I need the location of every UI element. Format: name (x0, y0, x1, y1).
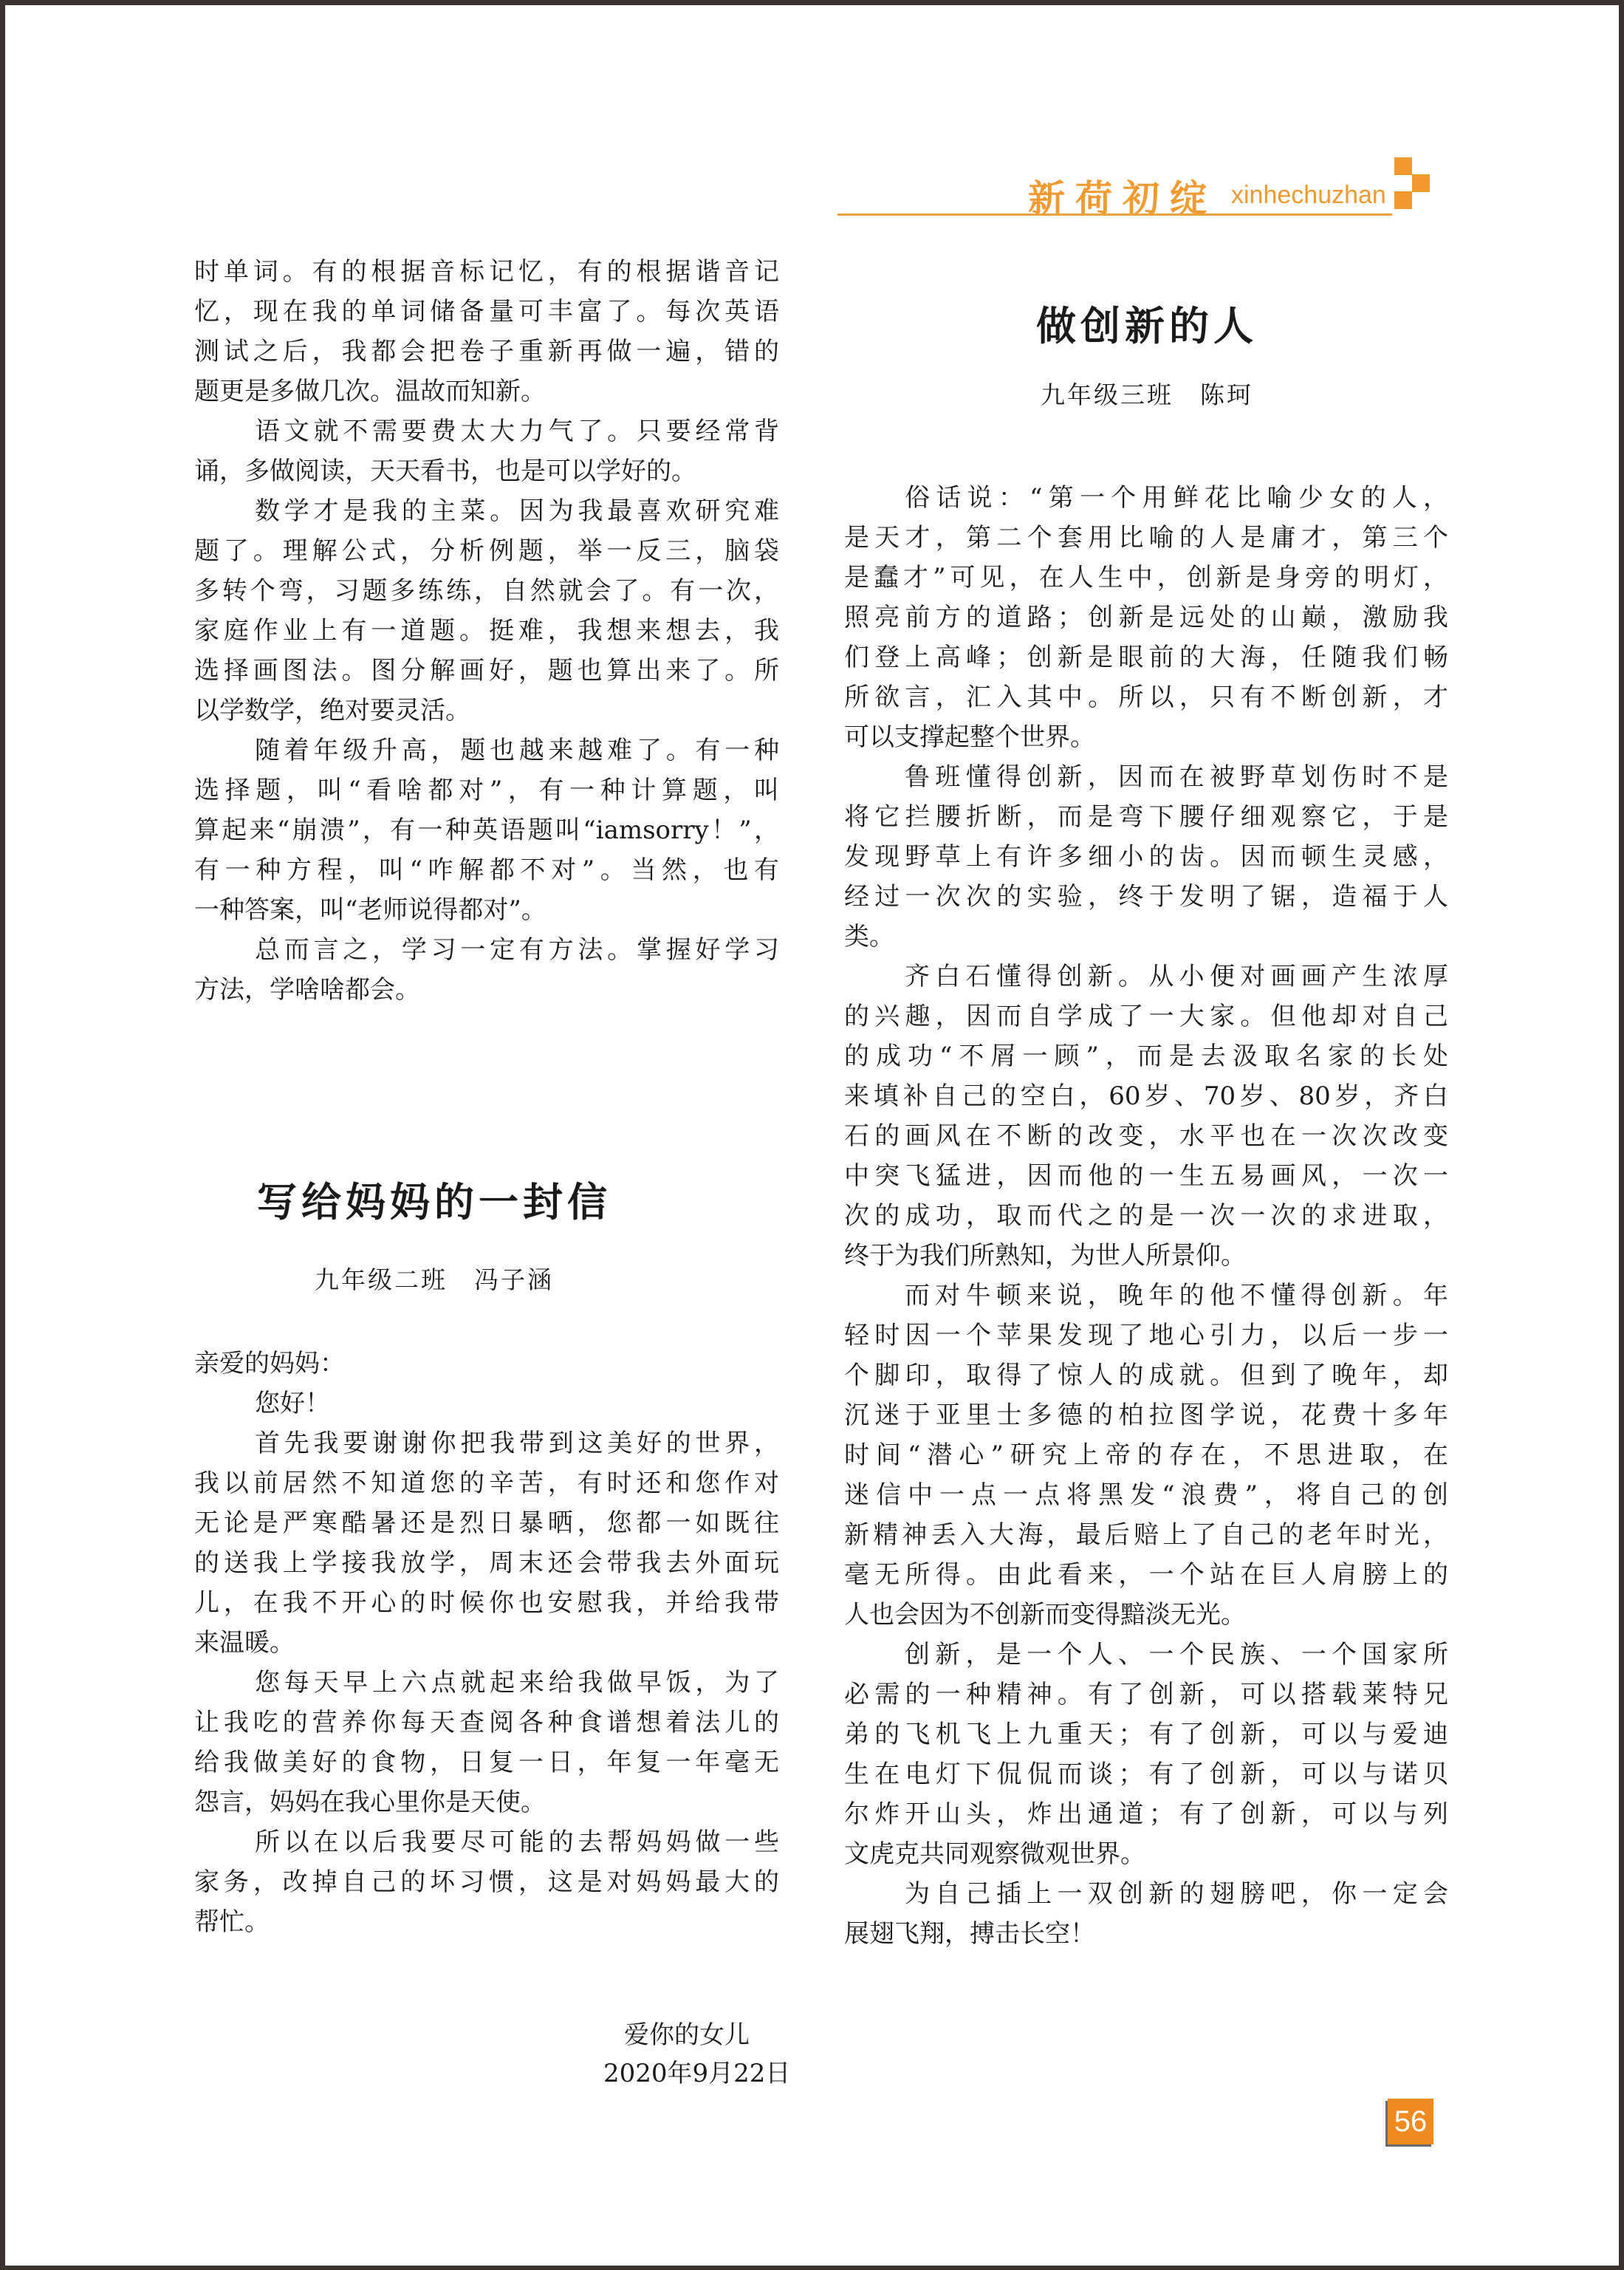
continued-article-line: 测试之后，我都会把卷子重新再做一遍，错的 (194, 332, 779, 372)
essay-line: 们登上高峰；创新是眼前的大海，任随我们畅 (844, 637, 1448, 677)
essay-line: 鲁班懂得创新，因而在被野草划伤时不是 (844, 757, 1448, 797)
letter-title: 写给妈妈的一封信 (194, 1171, 674, 1228)
continued-article-line: 总而言之，学习一定有方法。掌握好学习 (194, 930, 779, 970)
letter-line: 怨言，妈妈在我心里你是天使。 (194, 1782, 779, 1822)
essay-line: 的成功“不屑一顾”，而是去汲取名家的长处 (844, 1036, 1448, 1076)
continued-article-line: 语文就不需要费太大力气了。只要经常背 (194, 411, 779, 451)
essay-line: 所欲言，汇入其中。所以，只有不断创新，才 (844, 677, 1448, 717)
essay-line: 类。 (844, 917, 1448, 957)
essay-line: 沉迷于亚里士多德的柏拉图学说，花费十多年 (844, 1395, 1448, 1435)
letter-line: 首先我要谢谢你把我带到这美好的世界， (194, 1423, 779, 1463)
essay-title: 做创新的人 (844, 295, 1450, 352)
letter-line: 帮忙。 (194, 1902, 779, 1942)
continued-article-line: 选择画图法。图分解画好，题也算出来了。所 (194, 651, 779, 691)
essay-line: 可以支撑起整个世界。 (844, 717, 1448, 757)
essay-line: 新精神丢入大海，最后赔上了自己的老年时光， (844, 1515, 1448, 1555)
continued-article-line: 题了。理解公式，分析例题，举一反三，脑袋 (194, 531, 779, 571)
letter-line: 让我吃的营养你每天查阅各种食谱想着法儿的 (194, 1703, 779, 1743)
essay-line: 展翅飞翔，搏击长空！ (844, 1914, 1448, 1954)
letter-line: 您每天早上六点就起来给我做早饭，为了 (194, 1663, 779, 1703)
essay-line: 俗话说：“第一个用鲜花比喻少女的人， (844, 478, 1448, 518)
continued-article-line: 时单词。有的根据音标记忆，有的根据谐音记 (194, 252, 779, 292)
continued-article-line: 题更是多做几次。温故而知新。 (194, 372, 779, 411)
essay-line: 齐白石懂得创新。从小便对画画产生浓厚 (844, 957, 1448, 996)
essay-body: 俗话说：“第一个用鲜花比喻少女的人，是天才，第二个套用比喻的人是庸才，第三个是蠢… (844, 478, 1448, 1954)
letter-line: 的送我上学接我放学，周末还会带我去外面玩 (194, 1543, 779, 1583)
essay-line: 为自己插上一双创新的翅膀吧，你一定会 (844, 1874, 1448, 1914)
page-number-badge: 56 (1388, 2099, 1433, 2144)
essay-line: 人也会因为不创新而变得黯淡无光。 (844, 1595, 1448, 1635)
letter-signature: 爱你的女儿 (624, 2014, 750, 2051)
continued-article-line: 忆，现在我的单词储备量可丰富了。每次英语 (194, 292, 779, 332)
essay-line: 将它拦腰折断，而是弯下腰仔细观察它，于是 (844, 797, 1448, 837)
section-pinyin: xinhechuzhan (1231, 181, 1386, 210)
essay-line: 是蠢才”可见，在人生中，创新是身旁的明灯， (844, 558, 1448, 598)
essay-line: 迷信中一点一点将黑发“浪费”，将自己的创 (844, 1475, 1448, 1515)
continued-article-line: 选择题，叫“看啥都对”，有一种计算题，叫 (194, 770, 779, 810)
letter-line: 儿，在我不开心的时候你也安慰我，并给我带 (194, 1583, 779, 1623)
magazine-page: 新荷初绽 xinhechuzhan 时单词。有的根据音标记忆，有的根据谐音记忆，… (5, 5, 1619, 2266)
continued-article-line: 一种答案，叫“老师说得都对”。 (194, 890, 779, 930)
essay-line: 弟的飞机飞上九重天；有了创新，可以与爱迪 (844, 1715, 1448, 1754)
continued-article-line: 随着年级升高，题也越来越难了。有一种 (194, 731, 779, 770)
essay-line: 创新，是一个人、一个民族、一个国家所 (844, 1635, 1448, 1675)
letter-line: 来温暖。 (194, 1623, 779, 1663)
essay-line: 来填补自己的空白，60岁、70岁、80岁，齐白 (844, 1076, 1448, 1116)
essay-line: 毫无所得。由此看来，一个站在巨人肩膀上的 (844, 1555, 1448, 1595)
letter-line: 给我做美好的食物，日复一日，年复一年毫无 (194, 1743, 779, 1782)
essay-line: 生在电灯下侃侃而谈；有了创新，可以与诺贝 (844, 1754, 1448, 1794)
essay-line: 文虎克共同观察微观世界。 (844, 1834, 1448, 1874)
essay-line: 尔炸开山头，炸出通道；有了创新，可以与列 (844, 1794, 1448, 1834)
continued-article-line: 家庭作业上有一道题。挺难，我想来想去，我 (194, 611, 779, 651)
continued-article-line: 算起来“崩溃”，有一种英语题叫“iamsorry！”， (194, 810, 779, 850)
continued-article-line: 诵，多做阅读，天天看书，也是可以学好的。 (194, 451, 779, 491)
continued-article: 时单词。有的根据音标记忆，有的根据谐音记忆，现在我的单词储备量可丰富了。每次英语… (194, 252, 779, 1010)
letter-line: 我以前居然不知道您的辛苦，有时还和您作对 (194, 1463, 779, 1503)
letter-body: 亲爱的妈妈：您好！首先我要谢谢你把我带到这美好的世界，我以前居然不知道您的辛苦，… (194, 1344, 779, 1942)
letter-line: 家务，改掉自己的坏习惯，这是对妈妈最大的 (194, 1862, 779, 1902)
essay-line: 经过一次次的实验，终于发明了锯，造福于人 (844, 877, 1448, 917)
essay-byline: 九年级三班 陈珂 (844, 376, 1450, 411)
essay-line: 个脚印，取得了惊人的成就。但到了晚年，却 (844, 1355, 1448, 1395)
letter-line: 亲爱的妈妈： (194, 1344, 779, 1384)
essay-line: 中突飞猛进，因而他的一生五易画风，一次一 (844, 1156, 1448, 1196)
essay-line: 石的画风在不断的改变，水平也在一次次改变 (844, 1116, 1448, 1156)
letter-line: 所以在以后我要尽可能的去帮妈妈做一些 (194, 1822, 779, 1862)
letter-date: 2020年9月22日 (603, 2053, 790, 2089)
essay-line: 发现野草上有许多细小的齿。因而顿生灵感， (844, 837, 1448, 877)
essay-line: 是天才，第二个套用比喻的人是庸才，第三个 (844, 518, 1448, 558)
essay-line: 必需的一种精神。有了创新，可以搭载莱特兄 (844, 1675, 1448, 1715)
header-rule (837, 213, 1392, 216)
essay-line: 时间“潜心”研究上帝的存在，不思进取，在 (844, 1435, 1448, 1475)
continued-article-line: 多转个弯，习题多练练，自然就会了。有一次， (194, 571, 779, 611)
letter-byline: 九年级二班 冯子涵 (194, 1261, 674, 1296)
letter-line: 您好！ (194, 1384, 779, 1423)
continued-article-line: 以学数学，绝对要灵活。 (194, 691, 779, 731)
continued-article-line: 有一种方程，叫“咋解都不对”。当然，也有 (194, 850, 779, 890)
essay-line: 照亮前方的道路；创新是远处的山巅，激励我 (844, 598, 1448, 637)
essay-line: 轻时因一个苹果发现了地心引力，以后一步一 (844, 1316, 1448, 1355)
letter-line: 无论是严寒酷暑还是烈日暴晒，您都一如既往 (194, 1503, 779, 1543)
continued-article-line: 方法，学啥啥都会。 (194, 970, 779, 1010)
essay-line: 的兴趣，因而自学成了一大家。但他却对自己 (844, 996, 1448, 1036)
continued-article-line: 数学才是我的主菜。因为我最喜欢研究难 (194, 491, 779, 531)
essay-line: 终于为我们所熟知，为世人所景仰。 (844, 1236, 1448, 1276)
essay-line: 而对牛顿来说，晚年的他不懂得创新。年 (844, 1276, 1448, 1316)
essay-line: 次的成功，取而代之的是一次一次的求进取， (844, 1196, 1448, 1236)
